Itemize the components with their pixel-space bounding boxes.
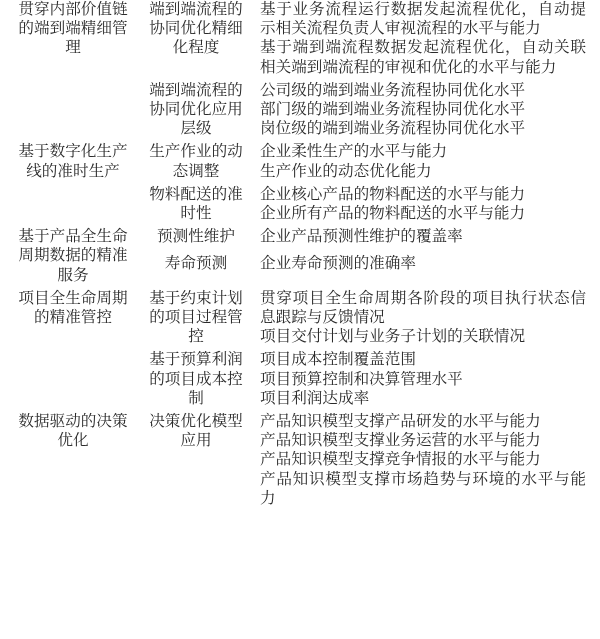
table-group: 项目全生命周期的精准管控 基于约束计划的项目过程管控 贯穿项目全生命周期各阶段的… [0,289,600,408]
table-row: 寿命预测 企业寿命预测的准确率 [134,254,600,273]
indicator-text: 项目成本控制覆盖范围 [260,350,586,369]
item-cell: 基于预算利润的项目成本控制 [146,350,246,408]
indicator-cell: 企业柔性生产的水平与能力 生产作业的动态优化能力 [260,142,586,180]
item-cell: 决策优化模型应用 [146,412,246,508]
indicator-text: 企业产品预测性维护的覆盖率 [260,227,586,246]
indicator-text: 基于端到端流程数据发起流程优化，自动关联相关端到端流程的审视和优化的水平与能力 [260,38,586,76]
table-row: 端到端流程的协同优化精细化程度 基于业务流程运行数据发起流程优化，自动提示相关流… [134,0,600,77]
indicator-cell: 产品知识模型支撑产品研发的水平与能力 产品知识模型支撑业务运营的水平与能力 产品… [260,412,586,508]
indicator-cell: 贯穿项目全生命周期各阶段的项目执行状态信息跟踪与反馈情况 项目交付计划与业务子计… [260,289,586,347]
table-row: 端到端流程的协同优化应用层级 公司级的端到端业务流程协同优化水平 部门级的端到端… [134,81,600,139]
indicator-text: 项目利润达成率 [260,389,586,408]
table-row: 生产作业的动态调整 企业柔性生产的水平与能力 生产作业的动态优化能力 [134,142,600,180]
indicator-cell: 企业寿命预测的准确率 [260,254,586,273]
dimension-cell: 基于数字化生产线的准时生产 [0,142,134,223]
indicator-text: 企业寿命预测的准确率 [260,254,586,273]
indicator-text: 企业核心产品的物料配送的水平与能力 [260,185,586,204]
dimension-cell: 项目全生命周期的精准管控 [0,289,134,408]
dimension-cell: 贯穿内部价值链的端到端精细管理 [0,0,134,138]
table-row: 基于预算利润的项目成本控制 项目成本控制覆盖范围 项目预算控制和决算管理水平 项… [134,350,600,408]
item-cell: 生产作业的动态调整 [146,142,246,180]
indicator-text: 贯穿项目全生命周期各阶段的项目执行状态信息跟踪与反馈情况 [260,289,586,327]
indicator-text: 项目交付计划与业务子计划的关联情况 [260,327,586,346]
dimension-cell: 数据驱动的决策优化 [0,412,134,508]
table-row: 基于约束计划的项目过程管控 贯穿项目全生命周期各阶段的项目执行状态信息跟踪与反馈… [134,289,600,347]
item-cell: 端到端流程的协同优化应用层级 [146,81,246,139]
item-cell: 端到端流程的协同优化精细化程度 [146,0,246,77]
table-row: 预测性维护 企业产品预测性维护的覆盖率 [134,227,600,246]
indicator-text: 产品知识模型支撑业务运营的水平与能力 [260,431,586,450]
indicator-text: 企业柔性生产的水平与能力 [260,142,586,161]
item-cell: 寿命预测 [146,254,246,273]
table-row: 物料配送的准时性 企业核心产品的物料配送的水平与能力 企业所有产品的物料配送的水… [134,185,600,223]
table-group: 基于数字化生产线的准时生产 生产作业的动态调整 企业柔性生产的水平与能力 生产作… [0,142,600,223]
table-group: 贯穿内部价值链的端到端精细管理 端到端流程的协同优化精细化程度 基于业务流程运行… [0,0,600,138]
indicator-cell: 项目成本控制覆盖范围 项目预算控制和决算管理水平 项目利润达成率 [260,350,586,408]
item-cell: 基于约束计划的项目过程管控 [146,289,246,347]
indicator-cell: 企业产品预测性维护的覆盖率 [260,227,586,246]
indicator-cell: 基于业务流程运行数据发起流程优化，自动提示相关流程负责人审视流程的水平与能力 基… [260,0,586,77]
indicator-text: 企业所有产品的物料配送的水平与能力 [260,204,586,223]
indicator-text: 部门级的端到端业务流程协同优化水平 [260,100,586,119]
table-row: 决策优化模型应用 产品知识模型支撑产品研发的水平与能力 产品知识模型支撑业务运营… [134,412,600,508]
indicator-text: 公司级的端到端业务流程协同优化水平 [260,81,586,100]
indicator-table: 贯穿内部价值链的端到端精细管理 端到端流程的协同优化精细化程度 基于业务流程运行… [0,0,600,508]
indicator-text: 岗位级的端到端业务流程协同优化水平 [260,119,586,138]
indicator-cell: 公司级的端到端业务流程协同优化水平 部门级的端到端业务流程协同优化水平 岗位级的… [260,81,586,139]
indicator-text: 产品知识模型支撑市场趋势与环境的水平与能力 [260,470,586,508]
dimension-cell: 基于产品全生命周期数据的精准服务 [0,227,134,285]
indicator-text: 产品知识模型支撑产品研发的水平与能力 [260,412,586,431]
indicator-text: 生产作业的动态优化能力 [260,162,586,181]
item-cell: 物料配送的准时性 [146,185,246,223]
indicator-text: 项目预算控制和决算管理水平 [260,370,586,389]
indicator-text: 基于业务流程运行数据发起流程优化，自动提示相关流程负责人审视流程的水平与能力 [260,0,586,38]
indicator-cell: 企业核心产品的物料配送的水平与能力 企业所有产品的物料配送的水平与能力 [260,185,586,223]
table-group: 数据驱动的决策优化 决策优化模型应用 产品知识模型支撑产品研发的水平与能力 产品… [0,412,600,508]
table-group: 基于产品全生命周期数据的精准服务 预测性维护 企业产品预测性维护的覆盖率 寿命预… [0,227,600,285]
item-cell: 预测性维护 [146,227,246,246]
indicator-text: 产品知识模型支撑竞争情报的水平与能力 [260,450,586,469]
